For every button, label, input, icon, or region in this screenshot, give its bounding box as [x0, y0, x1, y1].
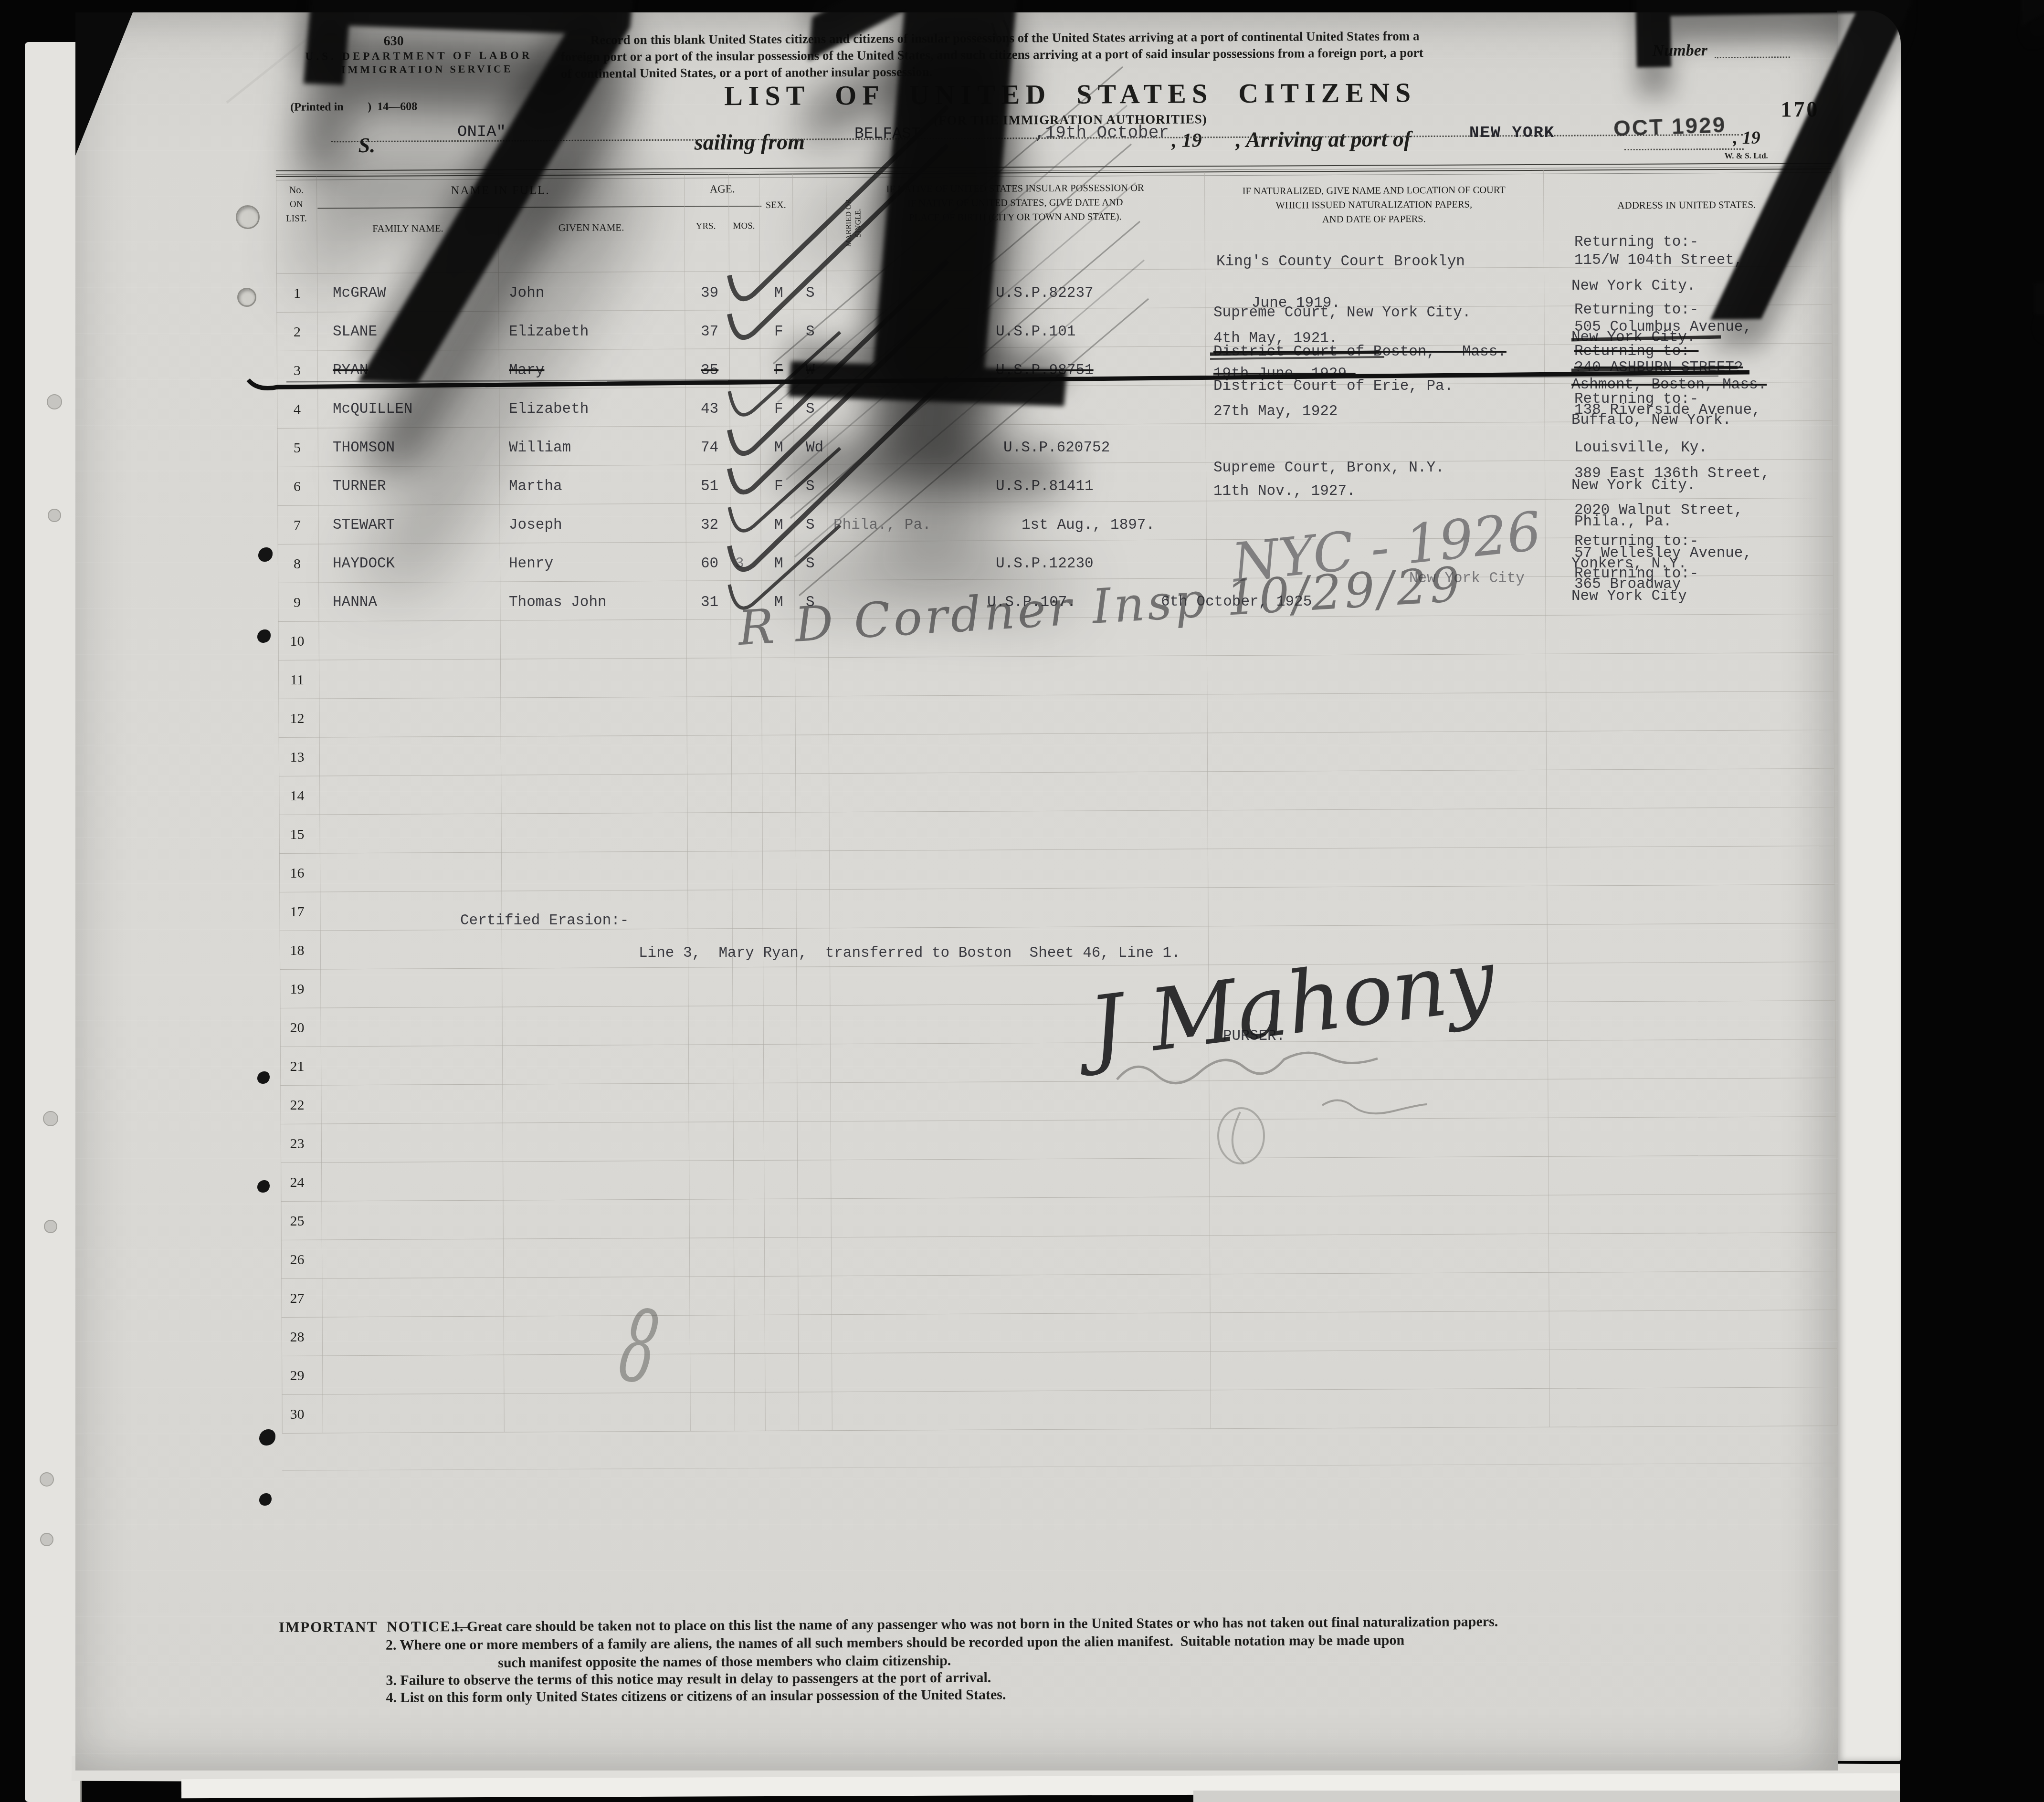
cell-given-name: William [509, 440, 571, 456]
cell-address: Returning to:- [1574, 343, 1698, 360]
cell-age-yrs: 39 [701, 285, 718, 302]
row-number: 13 [279, 749, 315, 765]
cell-marital: S [806, 401, 815, 418]
cell-family-name: RYAN [333, 362, 368, 379]
sailing-port: BELFAST [854, 125, 921, 143]
cell-marital: S [806, 285, 815, 302]
cell-naturalization: King's County Court Brooklyn [1216, 253, 1465, 270]
col-header-no: LIST. [276, 213, 316, 224]
cell-given-name: Elizabeth [509, 401, 589, 418]
cell-birth: 1st Aug., 1897. [1022, 517, 1155, 534]
cell-sex: M [774, 285, 783, 302]
cell-marital: S [806, 517, 815, 534]
cell-given-name: John [509, 285, 544, 302]
cell-given-name: Martha [509, 478, 562, 495]
cell-family-name: TURNER [333, 478, 386, 495]
row-number: 10 [279, 633, 315, 650]
number-label: Number [1653, 42, 1707, 60]
notice-line: 4. List on this form only United States … [386, 1687, 1006, 1706]
sheet-page-number: 170 [1781, 96, 1819, 122]
cell-age-yrs: 43 [701, 401, 718, 418]
col-header-no: ON [276, 199, 316, 210]
punch-hole [237, 288, 256, 307]
page-title: LIST OF UNITED STATES CITIZENS [664, 76, 1476, 112]
notice-label: IMPORTANT NOTICE.— [279, 1618, 472, 1636]
col-header-birth: IF NATIVE OF UNITED STATES INSULAR POSSE… [826, 182, 1204, 195]
cell-given-name: Mary [509, 362, 544, 379]
printed-in-note: (Printed in [290, 101, 343, 114]
cell-address: ?40 ASHBURN STREET? [1574, 359, 1743, 376]
cell-family-name: SLANE [333, 324, 377, 340]
cell-given-name: Elizabeth [509, 324, 589, 340]
row-number: 29 [279, 1368, 315, 1384]
cell-address: Phila., Pa. [1574, 513, 1672, 530]
cell-birth: U.S.P.12230 [996, 555, 1094, 572]
folded-corner [75, 12, 133, 156]
cell-birthplace: Phila., Pa. [833, 517, 931, 534]
row-number: 18 [279, 943, 315, 959]
cell-given-name: Henry [509, 555, 553, 572]
cell-marital: W [806, 362, 815, 379]
cell-sex: M [774, 517, 783, 534]
row-number: 12 [279, 711, 315, 727]
notice-line: 3. Failure to observe the terms of this … [386, 1670, 991, 1689]
cell-naturalization: Supreme Court, New York City. [1213, 304, 1471, 321]
cell-naturalization: 27th May, 1922 [1213, 403, 1338, 420]
row-number: 25 [279, 1213, 315, 1229]
arrival-port: NEW YORK [1469, 124, 1555, 142]
row-number: 5 [279, 440, 315, 456]
cell-sex: M [774, 440, 783, 456]
row-number: 7 [279, 517, 315, 534]
punch-hole [44, 1220, 57, 1233]
row-number: 16 [279, 865, 315, 881]
row-number: 11 [279, 672, 315, 688]
row-number: 1 [279, 285, 315, 302]
scanned-manifest-page: 630 U.S. DEPARTMENT OF LABOR IMMIGRATION… [0, 0, 2044, 1802]
row-number: 14 [279, 788, 315, 804]
cell-age-yrs: 35 [701, 362, 718, 379]
cell-birth: U.S.P.81411 [996, 478, 1094, 495]
cell-sex: F [774, 401, 783, 418]
punch-hole [40, 1533, 53, 1546]
col-header-naturalized: WHICH ISSUED NATURALIZATION PAPERS, [1204, 199, 1543, 211]
cell-sex: M [774, 555, 783, 572]
cell-address: 115/W 104th Street, [1574, 252, 1743, 269]
cell-marital: S [806, 478, 815, 495]
cell-address: New York City [1571, 588, 1687, 605]
col-header-naturalized: IF NATURALIZED, GIVE NAME AND LOCATION O… [1204, 185, 1543, 197]
cell-birth: U.S.P.101 [996, 324, 1075, 340]
cell-marital: Wd [806, 440, 823, 456]
cell-address: New York City. [1571, 477, 1696, 494]
cell-birth: U.S.P.98751 [996, 362, 1094, 379]
row-number: 20 [279, 1020, 315, 1036]
row-number: 27 [279, 1290, 315, 1307]
cell-given-name: Joseph [509, 517, 562, 534]
service-line: IMMIGRATION SERVICE [341, 63, 513, 76]
cell-family-name: McQUILLEN [333, 401, 412, 418]
page-stack-right-edge [1837, 10, 1901, 1761]
erasion-detail: Line 3, Mary Ryan, transferred to Boston… [639, 945, 1180, 962]
row-number: 4 [279, 401, 315, 418]
row-number: 23 [279, 1136, 315, 1152]
col-header-address: ADDRESS IN UNITED STATES. [1543, 199, 1830, 212]
cell-given-name: Thomas John [509, 594, 607, 611]
row-number: 15 [279, 827, 315, 843]
cell-naturalization: Supreme Court, Bronx, N.Y. [1213, 460, 1444, 476]
row-number: 6 [279, 479, 315, 495]
cell-marital: S [806, 324, 815, 340]
year-blank: , 19 [1172, 129, 1202, 152]
certified-erasion-label: Certified Erasion:- [460, 912, 629, 929]
row-number: 3 [279, 363, 315, 379]
cell-birth: U.S.P.82237 [996, 285, 1094, 302]
cell-family-name: STEWART [333, 517, 395, 534]
cell-sex: F [774, 478, 783, 495]
form-number: 630 [384, 34, 404, 49]
cell-naturalization: District Court of Erie, Pa. [1213, 378, 1453, 395]
col-header-yrs: YRS. [683, 221, 728, 231]
printer-imprint: W. & S. Ltd. [1725, 151, 1768, 161]
ship-prefix: S. [358, 133, 376, 157]
punch-hole [40, 1472, 54, 1487]
cell-age-yrs: 31 [701, 594, 718, 611]
notice-line: such manifest opposite the names of thos… [498, 1653, 951, 1671]
cell-sex: F [774, 324, 783, 340]
punch-hole [48, 509, 61, 522]
row-number: 26 [279, 1252, 315, 1268]
cell-age-yrs: 32 [701, 517, 718, 534]
punch-hole [43, 1111, 58, 1126]
cell-birth: U.S.P.620752 [1003, 440, 1110, 456]
sailing-from-label: sailing from [695, 129, 805, 155]
cell-age-mos: 3 [735, 555, 744, 572]
col-header-sex: SEX. [758, 200, 793, 211]
col-header-name: NAME IN FULL. [316, 183, 684, 199]
row-number: 2 [279, 324, 315, 340]
cell-age-yrs: 51 [701, 478, 718, 495]
cell-family-name: THOMSON [333, 440, 395, 456]
punch-hole [47, 394, 62, 409]
row-number: 8 [279, 556, 315, 572]
col-header-no: No. [276, 184, 316, 196]
cell-address: Buffalo, New York. [1571, 412, 1731, 429]
row-number: 28 [279, 1329, 315, 1345]
row-number: 22 [279, 1097, 315, 1113]
col-header-age: AGE. [684, 183, 760, 196]
cell-family-name: HANNA [333, 594, 377, 611]
row-number: 17 [279, 904, 315, 920]
arriving-label: , Arriving at port of [1236, 126, 1412, 152]
page-stack-bottom-edge [1193, 1791, 1900, 1802]
col-header-birth: IF NATIVE OF UNITED STATES, GIVE DATE AN… [826, 197, 1204, 210]
cell-naturalization: District Court of Boston, Mass. [1213, 344, 1507, 360]
col-header-naturalized: AND DATE OF PAPERS. [1204, 213, 1543, 226]
year-fragment: , 19 [1733, 127, 1760, 148]
cell-age-yrs: 60 [701, 555, 718, 572]
cell-address: Returning to:- [1574, 234, 1698, 251]
row-number: 30 [279, 1406, 315, 1423]
row-number: 9 [279, 595, 315, 611]
cell-naturalization: 11th Nov., 1927. [1213, 483, 1356, 500]
row-number: 24 [279, 1174, 315, 1191]
row-number: 21 [279, 1058, 315, 1075]
department-line: U.S. DEPARTMENT OF LABOR [306, 49, 533, 63]
col-header-birth: PLACE OF BIRTH (CITY OR TOWN AND STATE). [826, 211, 1204, 224]
cell-age-yrs: 37 [701, 324, 718, 340]
cell-family-name: HAYDOCK [333, 555, 395, 572]
punch-hole [236, 205, 260, 229]
cell-sex: F [774, 362, 783, 379]
cell-age-yrs: 74 [701, 440, 718, 456]
col-header-given: GIVEN NAME. [498, 221, 684, 234]
col-header-mos: MOS. [727, 221, 760, 231]
sailing-date: ,19th October [1035, 123, 1169, 143]
printed-in-number: ) 14—608 [368, 100, 417, 114]
cell-address: Returning to:- [1574, 302, 1698, 318]
col-header-family: FAMILY NAME. [317, 222, 498, 235]
ship-name-fragment: ONIA" [457, 123, 506, 141]
cell-marital: S [806, 555, 815, 572]
cell-family-name: McGRAW [333, 285, 386, 302]
cell-address: Louisville, Ky. [1574, 440, 1707, 456]
cell-address: New York City. [1571, 278, 1696, 294]
row-number: 19 [279, 981, 315, 997]
